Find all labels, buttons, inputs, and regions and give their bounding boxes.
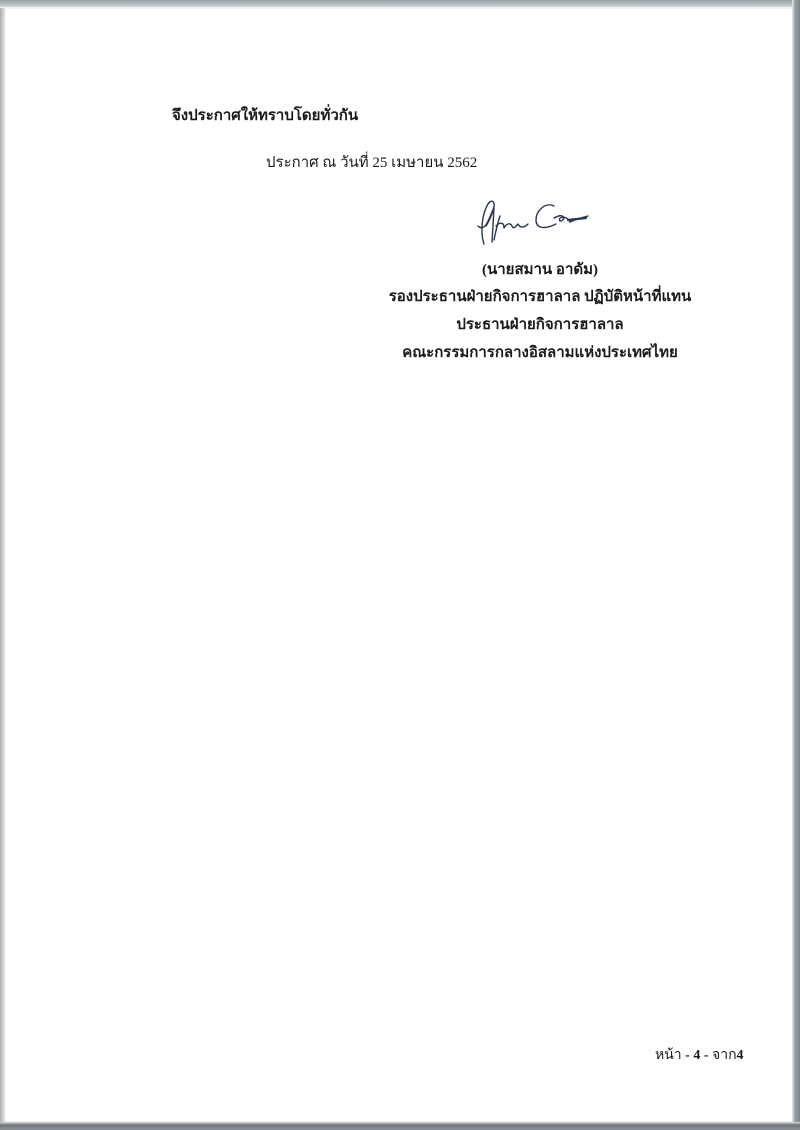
page-total: 4 — [737, 1048, 744, 1063]
announcement-date: ประกาศ ณ วันที่ 25 เมษายน 2562 — [266, 153, 477, 173]
signatory-organization: คณะกรรมการกลางอิสลามแห่งประเทศไทย — [380, 340, 700, 367]
signature-icon — [470, 192, 595, 250]
signatory-position-line1: รองประธานฝ่ายกิจการฮาลาล ปฏิบัติหน้าที่แ… — [380, 284, 700, 311]
page-of: จาก — [712, 1048, 737, 1063]
signatory-name: (นายสมาน อาดัม) — [380, 257, 700, 284]
closing-statement: จึงประกาศให้ทราบโดยทั่วกัน — [172, 106, 358, 126]
scan-right-edge — [792, 0, 800, 1130]
scan-left-edge — [0, 8, 6, 1130]
document-page — [5, 8, 793, 1122]
page-number: หน้า - 4 - จาก4 — [655, 1044, 744, 1066]
page-prefix: หน้า — [655, 1048, 682, 1063]
scan-bottom-edge — [0, 1122, 800, 1130]
page-current: - 4 - — [685, 1048, 708, 1063]
signatory-position-line2: ประธานฝ่ายกิจการฮาลาล — [380, 312, 700, 339]
